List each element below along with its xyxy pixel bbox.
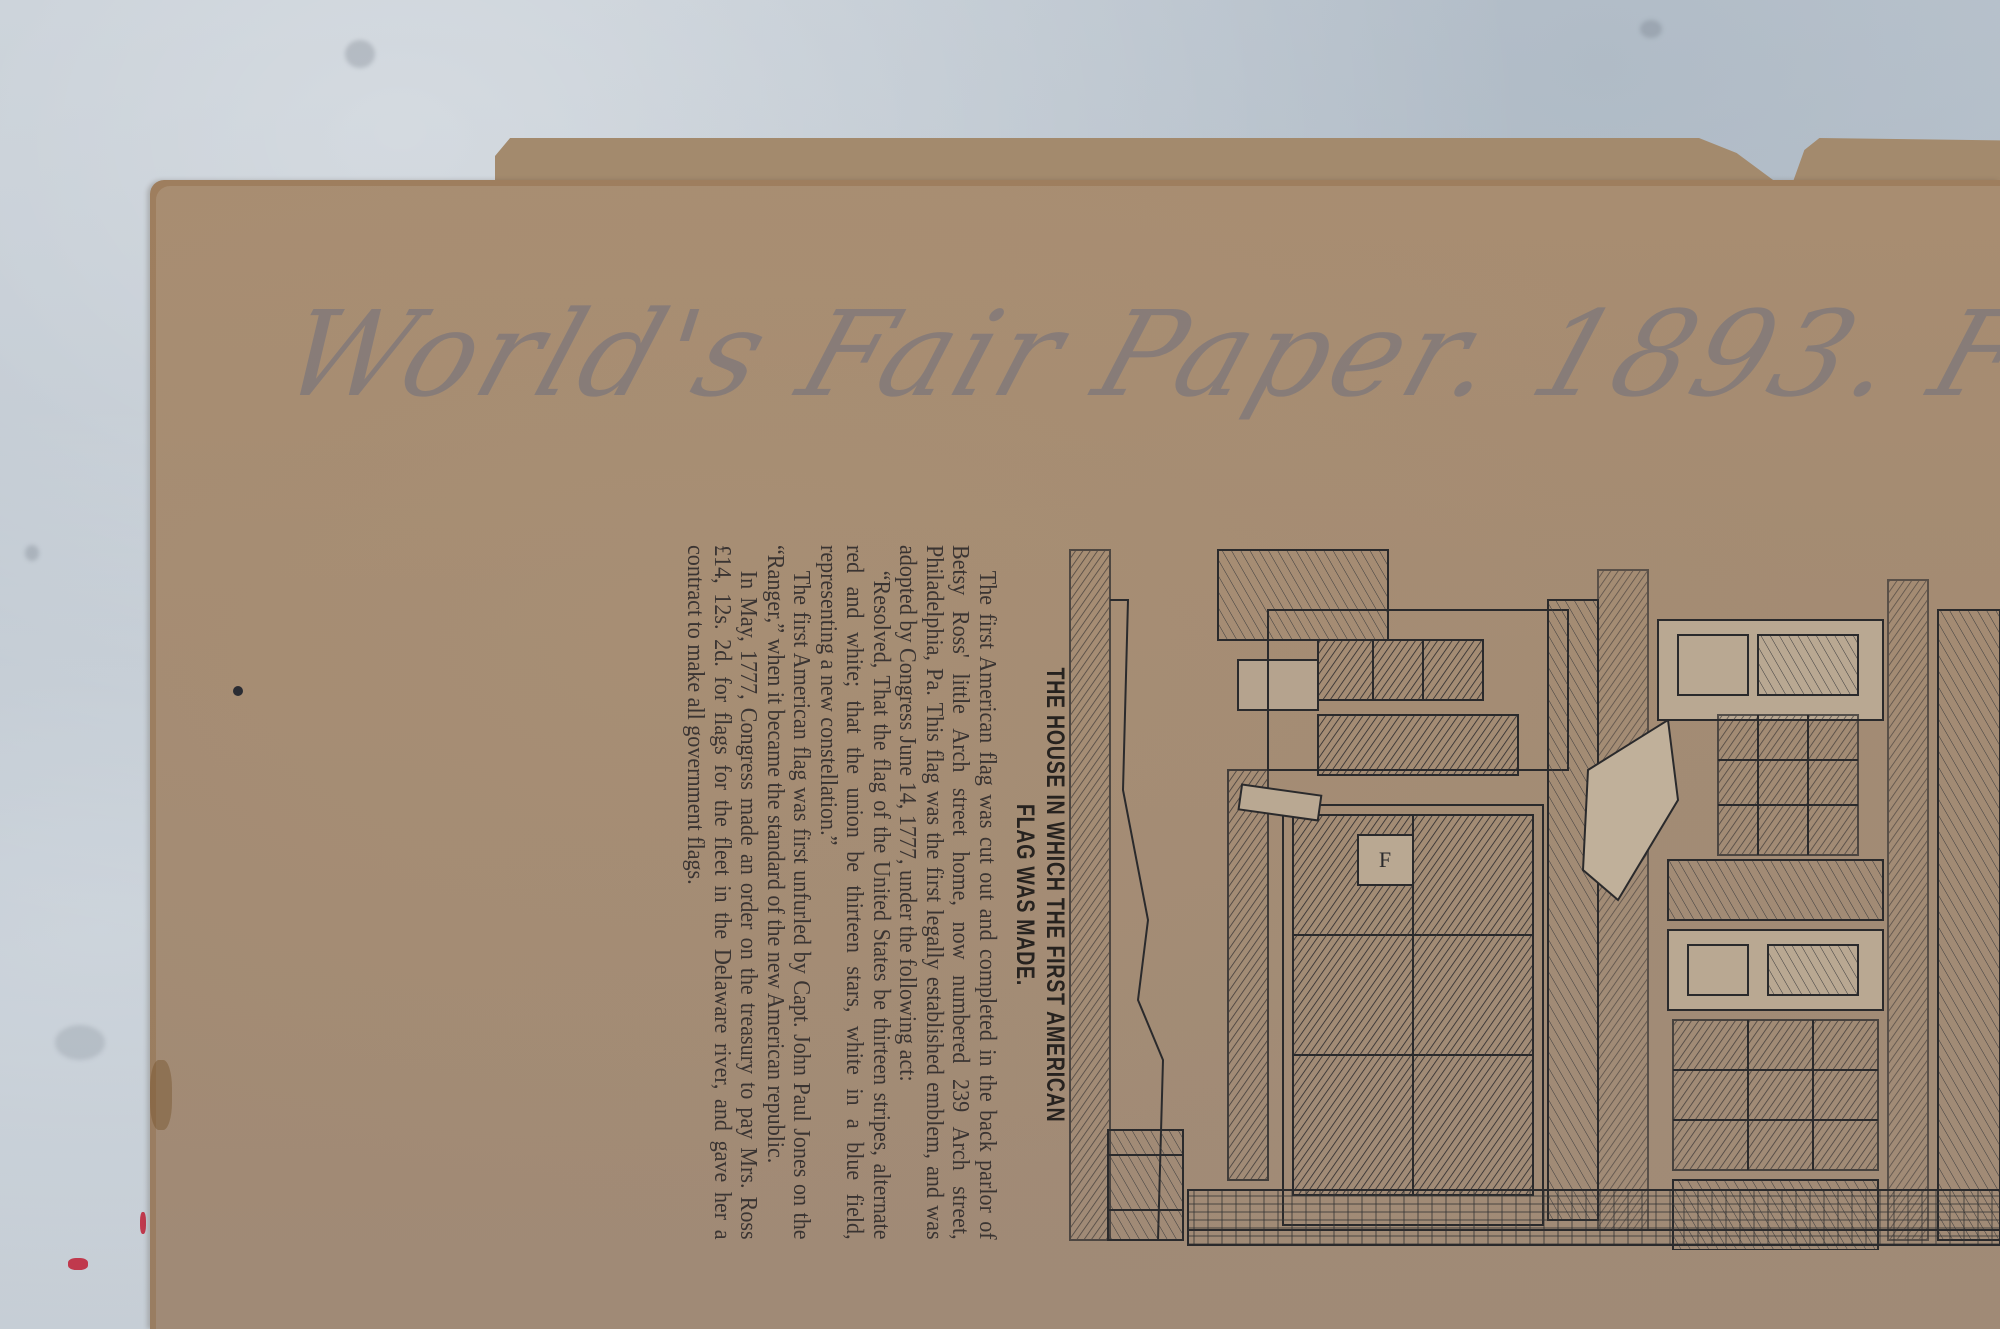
paper-edge-stain [150,1060,172,1130]
wall-smudge [25,545,39,561]
wall-smudge [345,40,375,68]
svg-text:F: F [1379,847,1391,872]
red-ink-mark [140,1212,146,1234]
paragraph-2: “Resolved, That the flag of the United S… [815,545,895,1240]
article-headline: THE HOUSE IN WHICH THE FIRST AMERICAN FL… [1010,622,1070,1168]
paragraph-4: In May, 1777, Congress made an order on … [682,545,762,1240]
headline-line-2: FLAG WAS MADE. [1010,622,1040,1168]
red-ink-mark [68,1258,88,1270]
article: THE HOUSE IN WHICH THE FIRST AMERICAN FL… [470,545,1070,1245]
article-body: The first American flag was cut out and … [682,545,1000,1240]
wall-smudge [55,1025,105,1060]
paragraph-3: The first American flag was first unfurl… [762,545,815,1240]
house-engraving-icon: F [1068,540,2000,1250]
paragraph-1: The first American flag was cut out and … [894,545,1000,1240]
headline-line-1: THE HOUSE IN WHICH THE FIRST AMERICAN [1040,622,1070,1168]
ink-dot [233,686,243,696]
wall-smudge [1640,20,1662,38]
pencil-annotation: World's Fair Paper. 1893. Fr [268,285,2000,423]
